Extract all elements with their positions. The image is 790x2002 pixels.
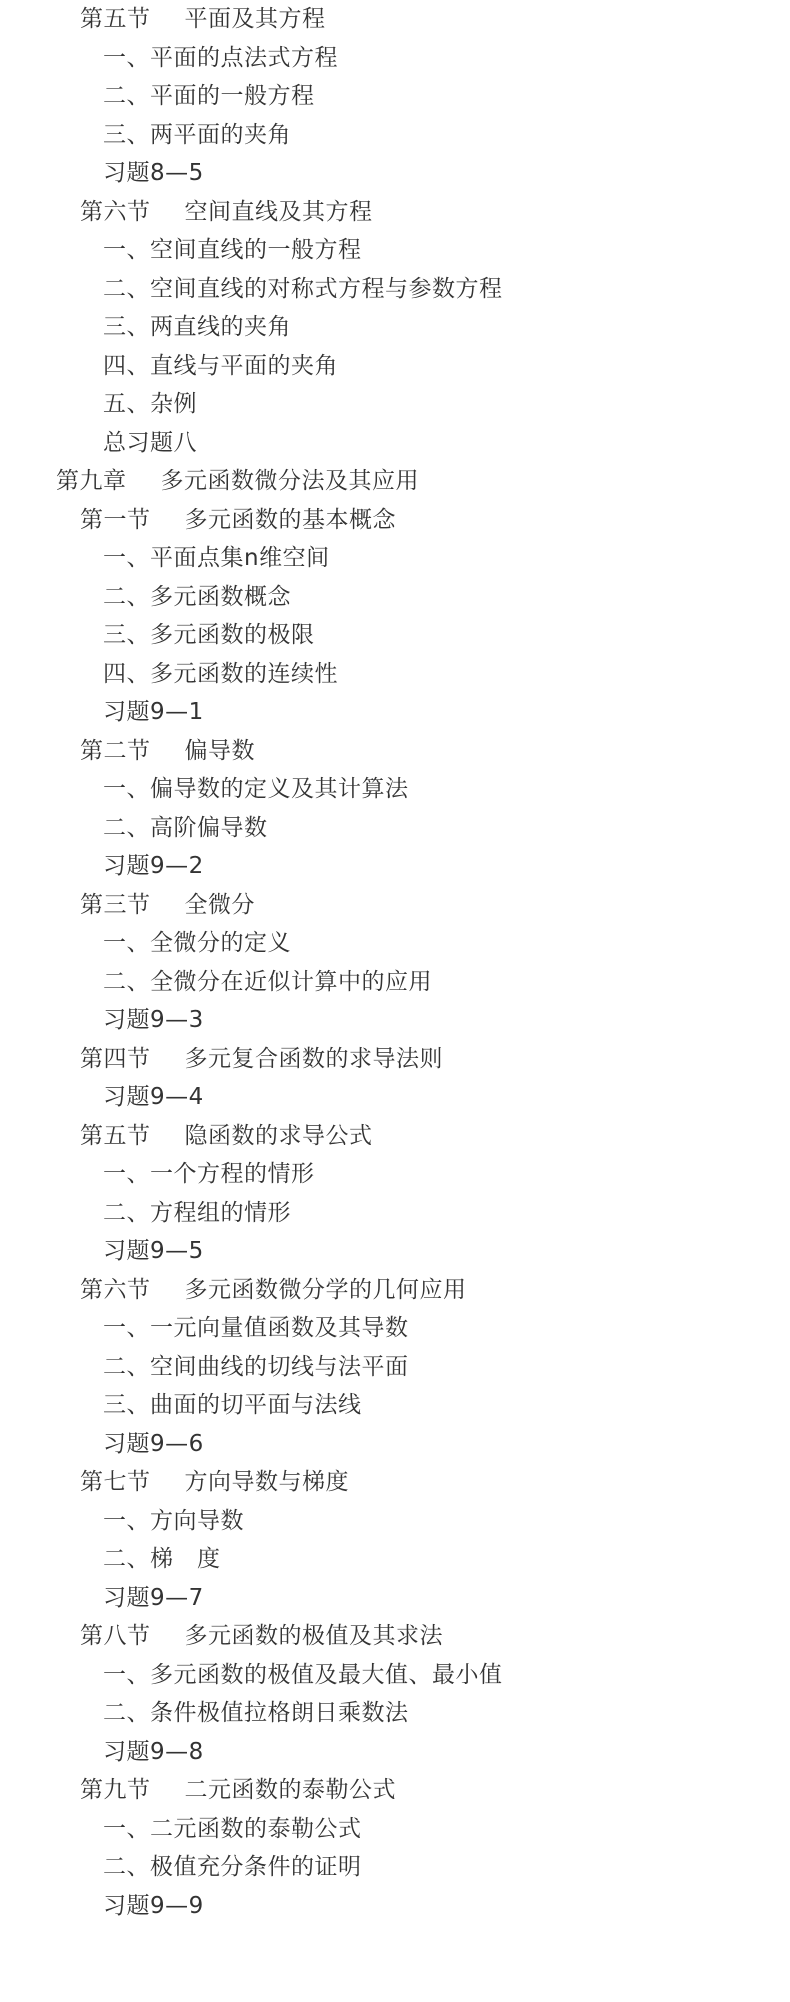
toc-section[interactable]: 第八节多元函数的极值及其求法 — [0, 1617, 443, 1655]
toc-item[interactable]: 习题9—7 — [0, 1579, 204, 1617]
item-title: 习题9—4 — [103, 1084, 204, 1110]
item-title: 习题9—8 — [103, 1739, 204, 1765]
section-number: 第九节 — [80, 1777, 151, 1803]
section-number: 第二节 — [80, 738, 151, 764]
toc-item[interactable]: 四、直线与平面的夹角 — [0, 347, 338, 385]
item-title: 一、方向导数 — [103, 1508, 244, 1534]
section-title: 多元复合函数的求导法则 — [185, 1046, 444, 1072]
item-title: 一、平面的点法式方程 — [103, 45, 338, 71]
chapter-title: 多元函数微分法及其应用 — [161, 468, 420, 494]
toc-item[interactable]: 二、极值充分条件的证明 — [0, 1848, 362, 1886]
toc-section[interactable]: 第三节全微分 — [0, 886, 255, 924]
item-title: 一、偏导数的定义及其计算法 — [103, 776, 409, 802]
toc-item[interactable]: 三、两平面的夹角 — [0, 116, 291, 154]
section-title: 平面及其方程 — [185, 6, 326, 32]
toc-item[interactable]: 二、全微分在近似计算中的应用 — [0, 963, 432, 1001]
section-number: 第八节 — [80, 1623, 151, 1649]
toc-item[interactable]: 二、梯 度 — [0, 1540, 221, 1578]
item-title: 二、平面的一般方程 — [103, 83, 315, 109]
item-title: 四、多元函数的连续性 — [103, 661, 338, 687]
toc-item[interactable]: 三、两直线的夹角 — [0, 308, 291, 346]
toc-item[interactable]: 四、多元函数的连续性 — [0, 655, 338, 693]
toc-item[interactable]: 习题9—2 — [0, 847, 204, 885]
section-number: 第五节 — [80, 1123, 151, 1149]
section-number: 第七节 — [80, 1469, 151, 1495]
item-title: 二、空间曲线的切线与法平面 — [103, 1354, 409, 1380]
toc-item[interactable]: 一、全微分的定义 — [0, 924, 291, 962]
item-title: 一、全微分的定义 — [103, 930, 291, 956]
section-number: 第五节 — [80, 6, 151, 32]
section-title: 二元函数的泰勒公式 — [185, 1777, 397, 1803]
toc-section[interactable]: 第七节方向导数与梯度 — [0, 1463, 349, 1501]
section-title: 全微分 — [185, 892, 256, 918]
toc-item[interactable]: 一、偏导数的定义及其计算法 — [0, 770, 409, 808]
toc-item[interactable]: 一、二元函数的泰勒公式 — [0, 1810, 362, 1848]
toc-item[interactable]: 习题8—5 — [0, 154, 204, 192]
toc-item[interactable]: 一、平面点集n维空间 — [0, 539, 330, 577]
item-title: 习题9—3 — [103, 1007, 204, 1033]
item-title: 习题9—7 — [103, 1585, 204, 1611]
section-title: 方向导数与梯度 — [185, 1469, 350, 1495]
item-title: 二、高阶偏导数 — [103, 815, 268, 841]
toc-item[interactable]: 二、空间直线的对称式方程与参数方程 — [0, 270, 503, 308]
toc-section[interactable]: 第九节二元函数的泰勒公式 — [0, 1771, 396, 1809]
toc-item[interactable]: 习题9—3 — [0, 1001, 204, 1039]
toc-item[interactable]: 习题9—6 — [0, 1425, 204, 1463]
item-title: 习题9—1 — [103, 699, 204, 725]
toc-item[interactable]: 二、方程组的情形 — [0, 1194, 291, 1232]
chapter-number: 第九章 — [56, 468, 127, 494]
item-title: 习题9—6 — [103, 1431, 204, 1457]
section-title: 隐函数的求导公式 — [185, 1123, 373, 1149]
item-title: 一、空间直线的一般方程 — [103, 237, 362, 263]
toc-item[interactable]: 习题9—9 — [0, 1887, 204, 1925]
section-title: 多元函数的极值及其求法 — [185, 1623, 444, 1649]
toc-item[interactable]: 二、高阶偏导数 — [0, 809, 268, 847]
toc-item[interactable]: 习题9—5 — [0, 1232, 204, 1270]
toc-item[interactable]: 习题9—1 — [0, 693, 204, 731]
section-number: 第六节 — [80, 199, 151, 225]
toc-section[interactable]: 第六节空间直线及其方程 — [0, 193, 373, 231]
item-title: 习题9—2 — [103, 853, 204, 879]
item-title: 总习题八 — [103, 430, 197, 456]
section-number: 第四节 — [80, 1046, 151, 1072]
toc-section[interactable]: 第六节多元函数微分学的几何应用 — [0, 1271, 467, 1309]
item-title: 三、两直线的夹角 — [103, 314, 291, 340]
item-title: 一、二元函数的泰勒公式 — [103, 1816, 362, 1842]
toc-item[interactable]: 一、平面的点法式方程 — [0, 39, 338, 77]
item-title: 二、空间直线的对称式方程与参数方程 — [103, 276, 503, 302]
item-title: 三、两平面的夹角 — [103, 122, 291, 148]
toc-item[interactable]: 一、一个方程的情形 — [0, 1155, 315, 1193]
toc-section[interactable]: 第四节多元复合函数的求导法则 — [0, 1040, 443, 1078]
item-title: 一、平面点集n维空间 — [103, 545, 330, 571]
item-title: 一、多元函数的极值及最大值、最小值 — [103, 1662, 503, 1688]
item-title: 二、方程组的情形 — [103, 1200, 291, 1226]
toc-item[interactable]: 三、多元函数的极限 — [0, 616, 315, 654]
item-title: 二、条件极值拉格朗日乘数法 — [103, 1700, 409, 1726]
toc-item[interactable]: 二、空间曲线的切线与法平面 — [0, 1348, 409, 1386]
toc-item[interactable]: 二、多元函数概念 — [0, 578, 291, 616]
section-title: 空间直线及其方程 — [185, 199, 373, 225]
item-title: 二、极值充分条件的证明 — [103, 1854, 362, 1880]
section-title: 偏导数 — [185, 738, 256, 764]
item-title: 一、一个方程的情形 — [103, 1161, 315, 1187]
toc-item[interactable]: 五、杂例 — [0, 385, 197, 423]
toc-item[interactable]: 二、平面的一般方程 — [0, 77, 315, 115]
section-number: 第三节 — [80, 892, 151, 918]
item-title: 习题9—5 — [103, 1238, 204, 1264]
toc-item[interactable]: 一、一元向量值函数及其导数 — [0, 1309, 409, 1347]
toc-item[interactable]: 习题9—4 — [0, 1078, 204, 1116]
toc-section[interactable]: 第五节平面及其方程 — [0, 0, 326, 38]
toc-item[interactable]: 二、条件极值拉格朗日乘数法 — [0, 1694, 409, 1732]
item-title: 习题8—5 — [103, 160, 204, 186]
toc-section[interactable]: 第二节偏导数 — [0, 732, 255, 770]
section-number: 第六节 — [80, 1277, 151, 1303]
section-number: 第一节 — [80, 507, 151, 533]
item-title: 一、一元向量值函数及其导数 — [103, 1315, 409, 1341]
section-title: 多元函数的基本概念 — [185, 507, 397, 533]
toc-item[interactable]: 一、空间直线的一般方程 — [0, 231, 362, 269]
toc-chapter[interactable]: 第九章多元函数微分法及其应用 — [0, 462, 419, 500]
item-title: 二、梯 度 — [103, 1546, 221, 1572]
item-title: 三、曲面的切平面与法线 — [103, 1392, 362, 1418]
toc-item[interactable]: 一、多元函数的极值及最大值、最小值 — [0, 1656, 503, 1694]
item-title: 三、多元函数的极限 — [103, 622, 315, 648]
toc-item[interactable]: 习题9—8 — [0, 1733, 204, 1771]
item-title: 二、多元函数概念 — [103, 584, 291, 610]
item-title: 二、全微分在近似计算中的应用 — [103, 969, 432, 995]
toc-item[interactable]: 一、方向导数 — [0, 1502, 244, 1540]
toc-item[interactable]: 总习题八 — [0, 424, 197, 462]
toc-section[interactable]: 第一节多元函数的基本概念 — [0, 501, 396, 539]
section-title: 多元函数微分学的几何应用 — [185, 1277, 467, 1303]
toc-item[interactable]: 三、曲面的切平面与法线 — [0, 1386, 362, 1424]
item-title: 习题9—9 — [103, 1893, 204, 1919]
item-title: 五、杂例 — [103, 391, 197, 417]
item-title: 四、直线与平面的夹角 — [103, 353, 338, 379]
toc-section[interactable]: 第五节隐函数的求导公式 — [0, 1117, 373, 1155]
